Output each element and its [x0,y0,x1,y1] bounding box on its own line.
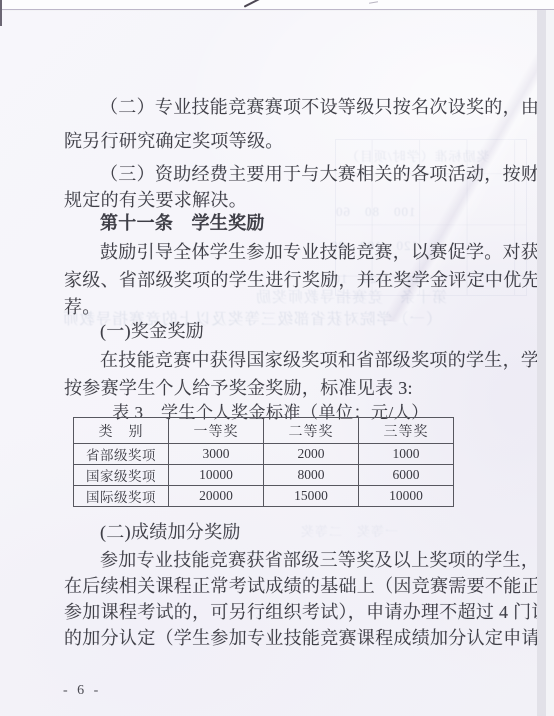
table-header-cell: 类 别 [74,418,169,444]
text-line: 按参赛学生个人给予奖金奖励，标准见表 3: [64,378,506,398]
list-item-heading: (一)奖金奖励 [64,321,506,341]
text-line: 荐。 [64,297,506,317]
page-edge-shadow [537,0,546,716]
table-cell: 1000 [359,444,454,465]
table-cell: 国际级奖项 [74,486,169,507]
list-item-heading: (二)成绩加分奖励 [64,522,506,542]
table-cell: 国家级奖项 [74,465,169,486]
text-line: 的加分认定（学生参加专业技能竞赛课程成绩加分认定申请表 [64,628,506,648]
text-line: 院另行研究确定奖项等级。 [64,131,506,151]
page-number: - 6 - [63,683,101,699]
text-line: 参加课程考试的，可另行组织考试），申请办理不超过 4 门课程 [64,602,506,622]
table-row: 国际级奖项 20000 15000 10000 [74,486,454,507]
table-row: 省部级奖项 3000 2000 1000 [74,444,454,465]
text-line: （二）专业技能竞赛赛项不设等级只按名次设奖的，由学 [64,97,506,117]
table-cell: 10000 [359,486,454,507]
table-cell: 3000 [169,444,264,465]
table-cell: 6000 [359,465,454,486]
table-cell: 15000 [264,486,359,507]
table-cell: 2000 [264,444,359,465]
table-row: 国家级奖项 10000 8000 6000 [74,465,454,486]
table-cell: 省部级奖项 [74,444,169,465]
text-line: 规定的有关要求解决。 [64,190,506,210]
scanner-margin [546,0,554,716]
section-heading: 第十一条 学生奖励 [64,213,506,233]
text-line: 家级、省部级奖项的学生进行奖励，并在奖学金评定中优先推 [64,270,506,290]
text-line: （三）资助经费主要用于与大赛相关的各项活动，按财务 [64,164,506,184]
table-header-cell: 二等奖 [264,418,359,444]
table-cell: 10000 [169,465,264,486]
table-cell: 20000 [169,486,264,507]
text-line: 参加专业技能竞赛获省部级三等奖及以上奖项的学生，可 [64,550,506,570]
text-line: 在后续相关课程正常考试成绩的基础上（因竞赛需要不能正常 [64,576,506,596]
scanner-left-edge [0,0,2,26]
table-cell: 8000 [264,465,359,486]
document-page: 奖励标准（学时/项目） 100 80 60 120 100 80 140 120… [0,11,538,716]
table-header-cell: 三等奖 [359,418,454,444]
text-line: 在技能竞赛中获得国家级奖项和省部级奖项的学生，学校 [64,350,506,370]
scanner-top-strip [0,0,554,10]
table-header-cell: 一等奖 [169,418,264,444]
text-line: 鼓励引导全体学生参加专业技能竞赛，以赛促学。对获国 [64,242,506,262]
bonus-standard-table: 类 别 一等奖 二等奖 三等奖 省部级奖项 3000 2000 1000 国家级… [73,417,454,507]
table-header-row: 类 别 一等奖 二等奖 三等奖 [74,418,454,444]
